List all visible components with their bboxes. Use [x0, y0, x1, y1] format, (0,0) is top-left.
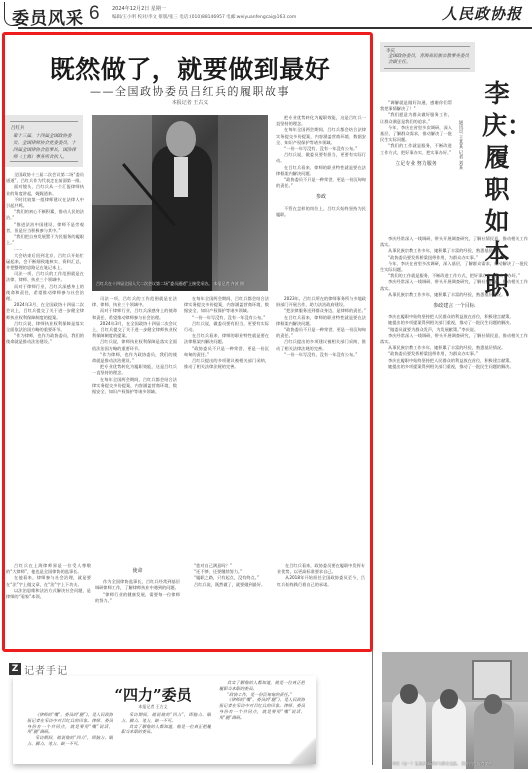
newspaper-logo: 人民政协报 — [442, 3, 522, 24]
paragraph: 吕红兵说，律师执业权利保障是落实全面依法治国方略的重要环节。 — [6, 321, 84, 333]
paragraph: “我们的工作就是服务，不断改进工作方式，把好事办实、把实事办好。” — [380, 143, 452, 155]
article-subheadline: ——全国政协委员吕红兵的履职故事 — [80, 83, 300, 99]
article-column: 吕红兵在上海律师界是一位受人尊敬的“大律师”，他也是全国律协的监事长。 在他看来… — [6, 563, 91, 645]
paragraph: 吕红兵在上海律师界是一位受人尊敬的“大律师”，他也是全国律协的监事长。 — [6, 563, 91, 575]
paragraph: “政协委员不只是一种荣誉，更是一份沉甸甸的责任。” — [184, 346, 269, 358]
paragraph: “履职之路，只有起点，没有终点。” — [186, 575, 271, 581]
column-divider — [372, 650, 373, 765]
notes-title: “四力”委员 — [73, 684, 233, 705]
paragraph: 其实了解他的人都知道，他是一位真正把履职当本职的委员。 — [121, 724, 211, 736]
article-column: 把专业优势转化为履职效能，这是吕红兵一直坚持的理念。 在每年全国两会期间，吕红兵… — [276, 115, 366, 291]
article-column: 使命 作为全国律协监事长，吕红兵经常到基层调研律师工作，了解律师执业中遇到的问题… — [95, 563, 180, 645]
paragraph: 吕红兵说，既然做了，就要做到最好。 — [186, 582, 271, 588]
paragraph: 在吕红兵看来，律师的职业特性就是要在法律框架内解决问题。 — [276, 315, 366, 327]
photo-subject-head — [166, 121, 196, 157]
paragraph: 今年，李庆在省里多次调研，深入基层，了解群众需求，推动解决了一批民生实际问题。 — [380, 261, 528, 273]
paragraph: “作为律师，也作为政协委员，我们的使命就是推动法治建设。” — [6, 333, 84, 345]
photo-person-head — [400, 684, 418, 704]
paragraph: “政协委员不只是一种荣誉，更是一份沉甸甸的责任。” — [276, 177, 366, 189]
issue-date: 2024年12月2日 星期一 — [112, 5, 166, 12]
article-byline: 通讯员 王某某 记者 刘某 — [453, 120, 463, 169]
paragraph: 吕红兵提出的多项建议被相关部门采纳，推动了相关法律法规的完善。 — [184, 358, 269, 370]
reporter-notes-label: Z 记者手记 — [9, 662, 68, 676]
notes-byline: 本报记者 王古义 — [123, 704, 183, 710]
article-column: 司法一项，吕红兵的工作范围就是在法律、律师、执业三个领域中。 而对于律师行业，吕… — [92, 296, 177, 560]
reporter-notes-heading: 记者手记 — [24, 662, 68, 677]
photo-subject-shirt — [174, 157, 188, 197]
staff-credits: 编辑/王小明 校对/李文 排版/张三 电话:(010)88146957 电邮:w… — [112, 14, 296, 20]
paragraph: 把专业优势转化为履职效能，这是吕红兵一直坚持的理念。 — [92, 364, 177, 376]
paragraph: 司法一项，吕红兵的工作范围就是在法律、律师、执业三个领域中。 — [92, 296, 177, 308]
masthead-rule — [18, 27, 532, 29]
article-column: “您对自己满意吗？” “还不够，还要继续努力。” “履职之路，只有起点，没有终点… — [186, 563, 271, 645]
paragraph: 不时比较第一组律师建议在法律人中引起共鸣。 — [6, 197, 84, 209]
paragraph: 其实了解他的人都知道，他是一位真正把履职当本职的委员。 — [219, 680, 305, 692]
notes-column: 《律师的“嘴”，委员的“腿”》，是人民政协报记者在采访中对吕红兵的印象。律师、委… — [27, 712, 113, 758]
article-column: 2023年，吕红兵所在的律师事务所与多地政府部门开展合作，助力法治政府建设。 “… — [276, 296, 366, 560]
reporter-notes-card[interactable]: “四力”委员 本报记者 王古义 《律师的“嘴”，委员的“腿”》，是人民政协报记者… — [13, 676, 316, 764]
paragraph: 《律师的“嘴”，委员的“腿”》，是人民政协报记者在采访中对吕红兵的印象。律师、委… — [219, 697, 305, 720]
section-subtitle: 使命 — [95, 568, 180, 574]
paragraph: 在每年全国两会期间，吕红兵都会结合法律实务提交多份提案，内容涵盖营商环境、数据安… — [276, 127, 366, 146]
paragraph: 今年，李庆在省里多次调研，深入基层，了解群众需求，推动解决了一批民生实际问题。 — [380, 125, 452, 144]
paragraph: “调解就是做好沟通，感谢你们帮我把事情解决了！” — [380, 100, 452, 112]
paragraph: 采访期间，他说他的“四力”，即脑力、眼力、脚力、笔力，缺一不可。 — [27, 735, 113, 747]
paragraph: 采访期间，他说他的“四力”，即脑力、眼力、脚力、笔力，缺一不可。 — [121, 712, 211, 724]
paragraph: 司法一项，吕红兵的工作范围就是在法律、律师、执业三个领域中。 — [6, 271, 84, 283]
article-headline[interactable]: 既然做了，就要做到最好 — [40, 50, 340, 86]
page-number: 6 — [89, 3, 100, 25]
paragraph: 李庆经常深入一线调研，带头开展调查研究，了解社情民意，推动相关工作落实。 — [380, 333, 528, 345]
profile-name: 吕红兵 — [11, 125, 25, 131]
paragraph: 李庆在履职中始终坚持把人民群众的利益放在首位，积极建言献策。 — [380, 358, 528, 364]
notes-column: 采访期间，他说他的“四力”，即脑力、眼力、脚力、笔力，缺一不可。 其实了解他的人… — [121, 712, 211, 758]
divider — [384, 68, 470, 69]
paragraph: 李庆经常深入一线调研，带头开展调查研究，了解社情民意，推动相关工作落实。 — [380, 279, 528, 291]
paragraph: 吕红兵说，律师执业权利保障是落实全面依法治国方略的重要环节。 — [92, 339, 177, 351]
newspaper-masthead: 委员风采 6 2024年12月2日 星期一 编辑/王小明 校对/李文 排版/张三… — [0, 0, 532, 28]
paragraph: “我们的初心不断积累，推动人民的法治。” — [6, 209, 84, 221]
paragraph: “律师行业的健康发展，需要每一位律师的努力。” — [95, 592, 180, 604]
paragraph: 《律师的“嘴”，委员的“腿”》，是人民政协报记者在采访中对吕红兵的印象。律师、委… — [27, 712, 113, 735]
paragraph: 吕红兵说，做委员要有担当，更要有实际行动。 — [184, 321, 269, 333]
paragraph: 在他看来，律师参与社会治理，就是要在“法”字上做文章，在“治”字上下功夫。 — [6, 575, 91, 587]
paragraph: “政协委员不只是一种荣誉，更是一份沉甸甸的责任。” — [276, 327, 366, 339]
paragraph: 2023年，吕红兵所在的律师事务所与多地政府部门开展合作，助力法治政府建设。 — [276, 296, 366, 308]
paragraph: 大会结束后回到北京，吕红兵开始忙碌起来，会不断细致地核实、资料汇总，并把整理的思… — [6, 253, 84, 272]
profile-sidebar: 李庆 全国政协委员，青海省民族宗教事务委员会副主任。 — [380, 42, 475, 72]
paragraph: 在每年全国两会期间，吕红兵都会结合法律实务提交多份提案，内容涵盖营商环境、数据安… — [92, 377, 177, 396]
section-subtitle: 立足专业 努力服务 — [380, 161, 452, 167]
section-title: 委员风采 — [12, 4, 84, 29]
paragraph: 不管在怎样的岗位上，吕红兵始终坚持为民履职。 — [276, 206, 366, 218]
article-column: 全国政协十三届二次会议第二场“委员通道”，吕红兵作为代表走在前面第一排。 面对镜… — [6, 172, 84, 560]
z-badge-icon: Z — [9, 663, 21, 675]
photo-caption: 李庆（右一）在基层调研时与群众交流。 图片由受访者提供 — [392, 761, 524, 766]
bottom-photo[interactable]: 李庆（右一）在基层调研时与群众交流。 图片由受访者提供 — [382, 652, 528, 769]
paragraph: 面对镜头，吕红兵从一个汇报律师执业的角度讲起，娓娓道来。 — [6, 184, 84, 196]
paragraph: 从事民族宗教工作多年，她积累了丰富的经验，熟悉基层情况。 — [380, 292, 528, 298]
profile-sidebar: 吕红兵 第十三届、十四届全国政协委员，全国律师协会党委委员，十四届全国律协会监事… — [5, 115, 83, 167]
paragraph: 在吕红兵看来，政协委员要在履职中发挥专业优势，以更高标准要求自己。 — [277, 563, 365, 575]
paragraph: 在吕红兵看来，律师的职业特性就是要在法律框架内解决问题。 — [276, 165, 366, 177]
paragraph: 吕红兵提出的多项建议被相关部门采纳，推动了相关法律法规的完善。 — [276, 339, 366, 351]
article-column: 在吕红兵看来，政协委员要在履职中发挥专业优势，以更高标准要求自己。 从2018年… — [277, 563, 365, 645]
paragraph: 而对于律师行业，吕红兵深感身上的使命和责任，希望推动律师参与社会治理。 — [6, 284, 84, 303]
paragraph: 2024年3月，在全国政协十四届二次会议上，吕红兵提交了关于进一步健全律师执业权… — [92, 321, 177, 340]
photo-caption: 吕红兵在十四届全国人大二次会议第二场“委员通道”上接受采访。 本报记者 齐波 摄 — [96, 281, 264, 287]
divider — [384, 46, 470, 47]
paragraph: “我们愿意为群众做好服务工作，让群众满意是我们的追求。” — [380, 112, 452, 124]
article-photo[interactable]: 吕红兵在十四届全国人大二次会议第二场“委员通道”上接受采访。 本报记者 齐波 摄 — [92, 115, 268, 291]
photo-person-head — [484, 694, 502, 714]
paragraph: 吕红兵说，做委员要有担当，更要有实际行动。 — [276, 152, 366, 164]
paragraph: 而对于律师行业，吕红兵深感身上的使命和责任，希望推动律师参与社会治理。 — [92, 308, 177, 320]
paragraph: 2024年3月，在全国政协十四届二次会议上，吕红兵提交了关于进一步健全律师执业权… — [6, 302, 84, 321]
paragraph: 她提出的多项提案得到相关部门重视，推动了一批民生问题的解决。 — [380, 364, 528, 370]
section-subtitle: 参政建言 一个目标 — [380, 303, 528, 309]
paragraph: 全国政协十三届二次会议第二场“委员通道”，吕红兵作为代表走在前面第一排。 — [6, 172, 84, 184]
paragraph: “把法律服务送到群众身边，是律师的责任。” — [276, 308, 366, 314]
paragraph: “我们把自身发展置于为民服务的履职上。” — [6, 234, 84, 246]
profile-bio: 第十三届、十四届全国政协委员，全国律师协会党委委员，十四届全国律协会监事长，国浩… — [13, 133, 77, 161]
paragraph: “一份一年写没有，没有一年没有公布。” — [276, 352, 366, 358]
photo-person-head — [440, 689, 458, 709]
paragraph: 从2018年开始担任全国政协委员至今，吕红兵始终践行着自己的承诺。 — [277, 575, 365, 587]
photo-background — [92, 115, 152, 205]
divider — [10, 161, 78, 162]
photo-background — [218, 115, 268, 291]
divider — [10, 121, 78, 122]
profile-bio: 全国政协委员，青海省民族宗教事务委员会副主任。 — [388, 54, 470, 66]
article-column: “调解就是做好沟通，感谢你们帮我把事情解决了！” “我们愿意为群众做好服务工作，… — [380, 100, 452, 228]
paragraph: 把专业优势转化为履职效能，这是吕红兵一直坚持的理念。 — [276, 115, 366, 127]
paragraph: “作为律师，也作为政协委员，我们的使命就是推动法治建设。” — [92, 352, 177, 364]
paragraph: 她提出的多项提案得到相关部门重视，推动了一批民生问题的解决。 — [380, 320, 528, 326]
section-subtitle: 参政 — [276, 194, 366, 200]
paragraph: 李庆经常深入一线调研，带头开展调查研究，了解社情民意，推动相关工作落实。 — [380, 236, 528, 248]
paragraph: “一份一年写没有，没有一年没有公布。” — [184, 315, 269, 321]
paragraph: 在吕红兵看来，律师的职业特性就是要在法律框架内解决问题。 — [184, 333, 269, 345]
notes-column: 其实了解他的人都知道，他是一位真正把履职当本职的委员。 “政协工作，是一份沉甸甸… — [219, 680, 305, 758]
article-column: 李庆经常深入一线调研，带头开展调查研究，了解社情民意，推动相关工作落实。 从事民… — [380, 236, 528, 641]
paragraph: “推进法治中国建设，律师不是旁观者，但是应当积极参与其中。” — [6, 222, 84, 234]
paragraph: 作为全国律协监事长，吕红兵经常到基层调研律师工作，了解律师执业中遇到的问题。 — [95, 579, 180, 591]
paragraph: 在每年全国两会期间，吕红兵都会结合法律实务提交多份提案，内容涵盖营商环境、数据安… — [184, 296, 269, 315]
paragraph: 以法治思维和法治方式解决社会问题，是律师的“看家”本领。 — [6, 588, 91, 600]
article-column: 在每年全国两会期间，吕红兵都会结合法律实务提交多份提案，内容涵盖营商环境、数据安… — [184, 296, 269, 560]
article-byline: 本报记者 王古义 — [140, 99, 240, 106]
